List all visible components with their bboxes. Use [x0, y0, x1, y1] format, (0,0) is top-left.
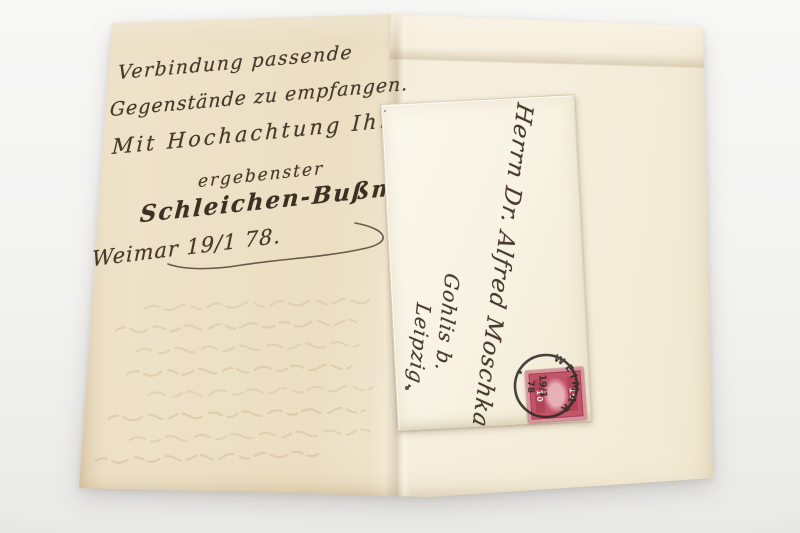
ink-speck: [405, 386, 409, 390]
postmark-town: WEIMAR: [551, 352, 582, 416]
postmark-year: 78: [525, 380, 536, 393]
top-fold-band-right: [390, 14, 713, 69]
signature-flourish: [130, 213, 420, 283]
postmark-date: 19/1: [536, 374, 548, 398]
ink-speck: [384, 110, 386, 112]
letter-photograph: Verbindung passende Gegenstände zu empfa…: [0, 0, 800, 533]
bleed-through-lines: [75, 287, 411, 490]
top-fold-band-left: [99, 8, 400, 48]
postmark: WEIMAR 19/1 78: [509, 349, 583, 423]
ink-speck: [519, 371, 522, 374]
svg-text:WEIMAR: WEIMAR: [551, 352, 582, 416]
